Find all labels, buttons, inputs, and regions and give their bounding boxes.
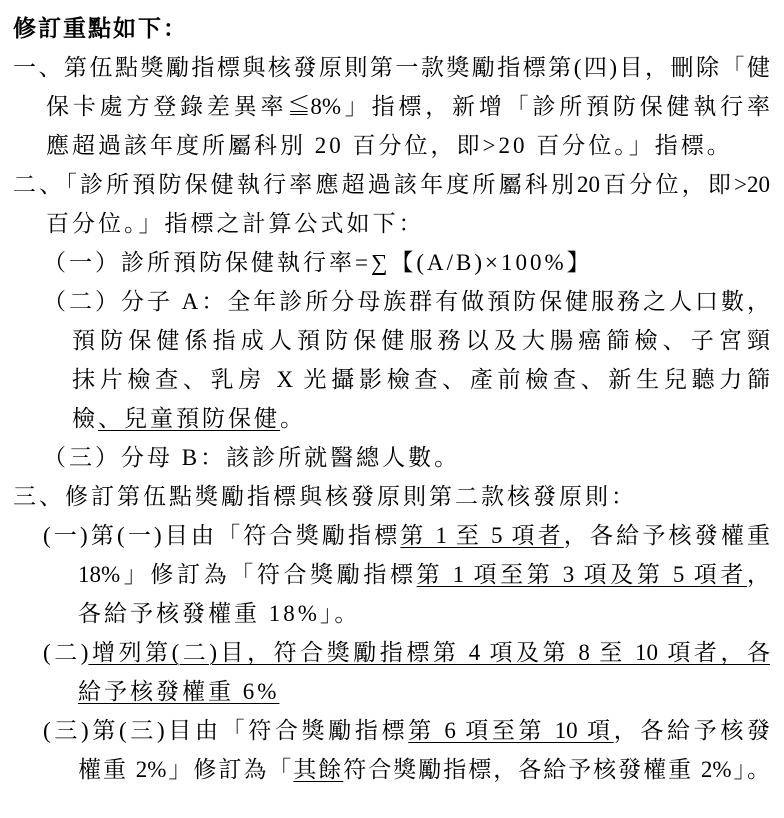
text-line: (一)第(一)目由「符合獎勵指標第 1 至 5 項者，各給予核發權重 (43, 516, 770, 555)
list-marker: 二、 (13, 172, 65, 197)
text-line: 抹片檢查、乳房 X 光攝影檢查、產前檢查、新生兒聽力篩 (72, 360, 770, 399)
text-line: 三、修訂第伍點獎勵指標與核發原則第二款核發原則： (13, 477, 770, 516)
underlined-text: 給予核發權重 6% (78, 679, 279, 704)
text-segment: 「診所預防保健執行率應超過該年度所屬科別20百分位，即>20 (65, 172, 770, 197)
text-segment: 第伍點獎勵指標與核發原則第一款獎勵指標第(四)目，刪除「健 (64, 55, 770, 80)
text-segment: 修訂第伍點獎勵指標與核發原則第二款核發原則： (65, 484, 637, 509)
underlined-text: 第 1 至 5 項者 (400, 523, 563, 548)
text-line: 應超過該年度所屬科別 20 百分位，即>20 百分位。」指標。 (46, 126, 770, 165)
list-marker: （三） (43, 445, 121, 470)
list-marker: (三) (43, 718, 89, 743)
text-line: 權重 2%」修訂為「其餘符合獎勵指標，各給予核發權重 2%」。 (78, 750, 770, 789)
list-marker: （二） (43, 289, 121, 314)
text-line: 一、第伍點獎勵指標與核發原則第一款獎勵指標第(四)目，刪除「健 (13, 48, 770, 87)
text-line: 各給予核發權重 18%」。 (78, 594, 770, 633)
text-line: 檢、兒童預防保健。 (72, 399, 770, 438)
text-line: (三)第(三)目由「符合獎勵指標第 6 項至第 10 項，各給予核發 (43, 711, 770, 750)
sub-list-item: (三)第(三)目由「符合獎勵指標第 6 項至第 10 項，各給予核發權重 2%」… (46, 711, 770, 789)
list-marker: (二) (43, 640, 88, 665)
text-segment: 。 (280, 406, 306, 431)
list-marker: （一） (43, 250, 121, 275)
text-line: （三）分母 B：該診所就醫總人數。 (43, 438, 770, 477)
text-segment: 診所預防保健執行率=∑【(A/B)×100%】 (121, 250, 593, 275)
underlined-text: 增列第(二)目，符合獎勵指標第 4 項及第 8 至 10 項者，各 (88, 640, 770, 665)
text-segment: 18%」修訂為「符合獎勵指標 (78, 562, 417, 587)
list-item: 二、「診所預防保健執行率應超過該年度所屬科別20百分位，即>20百分位。」指標之… (13, 165, 770, 477)
text-segment: 第(一)目由「符合獎勵指標 (88, 523, 401, 548)
text-segment: 保卡處方登錄差異率≦8%」指標，新增「診所預防保健執行率 (46, 94, 770, 119)
list-item: 一、第伍點獎勵指標與核發原則第一款獎勵指標第(四)目，刪除「健保卡處方登錄差異率… (13, 48, 770, 165)
text-line: 保卡處方登錄差異率≦8%」指標，新增「診所預防保健執行率 (46, 87, 770, 126)
text-line: (二)增列第(二)目，符合獎勵指標第 4 項及第 8 至 10 項者，各 (43, 633, 770, 672)
text-line: 給予核發權重 6% (78, 672, 770, 711)
underlined-text: 第 6 項至第 10 項 (408, 718, 613, 743)
list-marker: 三、 (13, 484, 65, 509)
text-segment: 分子 A：全年診所分母族群有做預防保健服務之人口數， (121, 289, 770, 314)
text-line: （二）分子 A：全年診所分母族群有做預防保健服務之人口數， (43, 282, 770, 321)
sub-list-item: (二)增列第(二)目，符合獎勵指標第 4 項及第 8 至 10 項者，各給予核發… (46, 633, 770, 711)
text-segment: 權重 2%」修訂為「 (78, 757, 293, 782)
sub-list-item: （二）分子 A：全年診所分母族群有做預防保健服務之人口數，預防保健係指成人預防保… (46, 282, 770, 438)
text-segment: ，各給予核發 (614, 718, 770, 743)
text-segment: 百分位。」指標之計算公式如下： (46, 211, 425, 236)
text-line: 二、「診所預防保健執行率應超過該年度所屬科別20百分位，即>20 (13, 165, 770, 204)
text-segment: ，各給予核發權重 (564, 523, 770, 548)
document-body: 一、第伍點獎勵指標與核發原則第一款獎勵指標第(四)目，刪除「健保卡處方登錄差異率… (13, 48, 770, 789)
text-segment: 抹片檢查、乳房 X 光攝影檢查、產前檢查、新生兒聽力篩 (72, 367, 770, 392)
text-segment: 符合獎勵指標，各給予核發權重 2%」。 (343, 757, 770, 782)
text-line: 預防保健係指成人預防保健服務以及大腸癌篩檢、子宮頸 (72, 321, 770, 360)
list-marker: (一) (43, 523, 88, 548)
text-segment: 分母 B：該診所就醫總人數。 (121, 445, 460, 470)
text-segment: 預防保健係指成人預防保健服務以及大腸癌篩檢、子宮頸 (72, 328, 770, 353)
text-segment: 檢 (72, 406, 98, 431)
text-line: （一）診所預防保健執行率=∑【(A/B)×100%】 (43, 243, 770, 282)
text-line: 18%」修訂為「符合獎勵指標第 1 項至第 3 項及第 5 項者， (78, 555, 770, 594)
text-segment: 應超過該年度所屬科別 20 百分位，即>20 百分位。」指標。 (46, 133, 733, 158)
underlined-text: 其餘 (293, 757, 343, 782)
list-marker: 一、 (13, 55, 64, 80)
text-segment: 各給予核發權重 18%」。 (78, 601, 360, 626)
sub-list-item: （一）診所預防保健執行率=∑【(A/B)×100%】 (46, 243, 770, 282)
underlined-text: 第 1 項至第 3 項及第 5 項者 (417, 562, 747, 587)
text-segment: ， (747, 562, 770, 587)
document-heading: 修訂重點如下： (13, 9, 770, 48)
text-line: 百分位。」指標之計算公式如下： (46, 204, 770, 243)
document-page: 修訂重點如下： 一、第伍點獎勵指標與核發原則第一款獎勵指標第(四)目，刪除「健保… (0, 0, 784, 818)
underlined-text: 、兒童預防保健 (98, 406, 280, 431)
sub-list-item: (一)第(一)目由「符合獎勵指標第 1 至 5 項者，各給予核發權重18%」修訂… (46, 516, 770, 633)
text-segment: 第(三)目由「符合獎勵指標 (89, 718, 409, 743)
sub-list-item: （三）分母 B：該診所就醫總人數。 (46, 438, 770, 477)
list-item: 三、修訂第伍點獎勵指標與核發原則第二款核發原則：(一)第(一)目由「符合獎勵指標… (13, 477, 770, 789)
